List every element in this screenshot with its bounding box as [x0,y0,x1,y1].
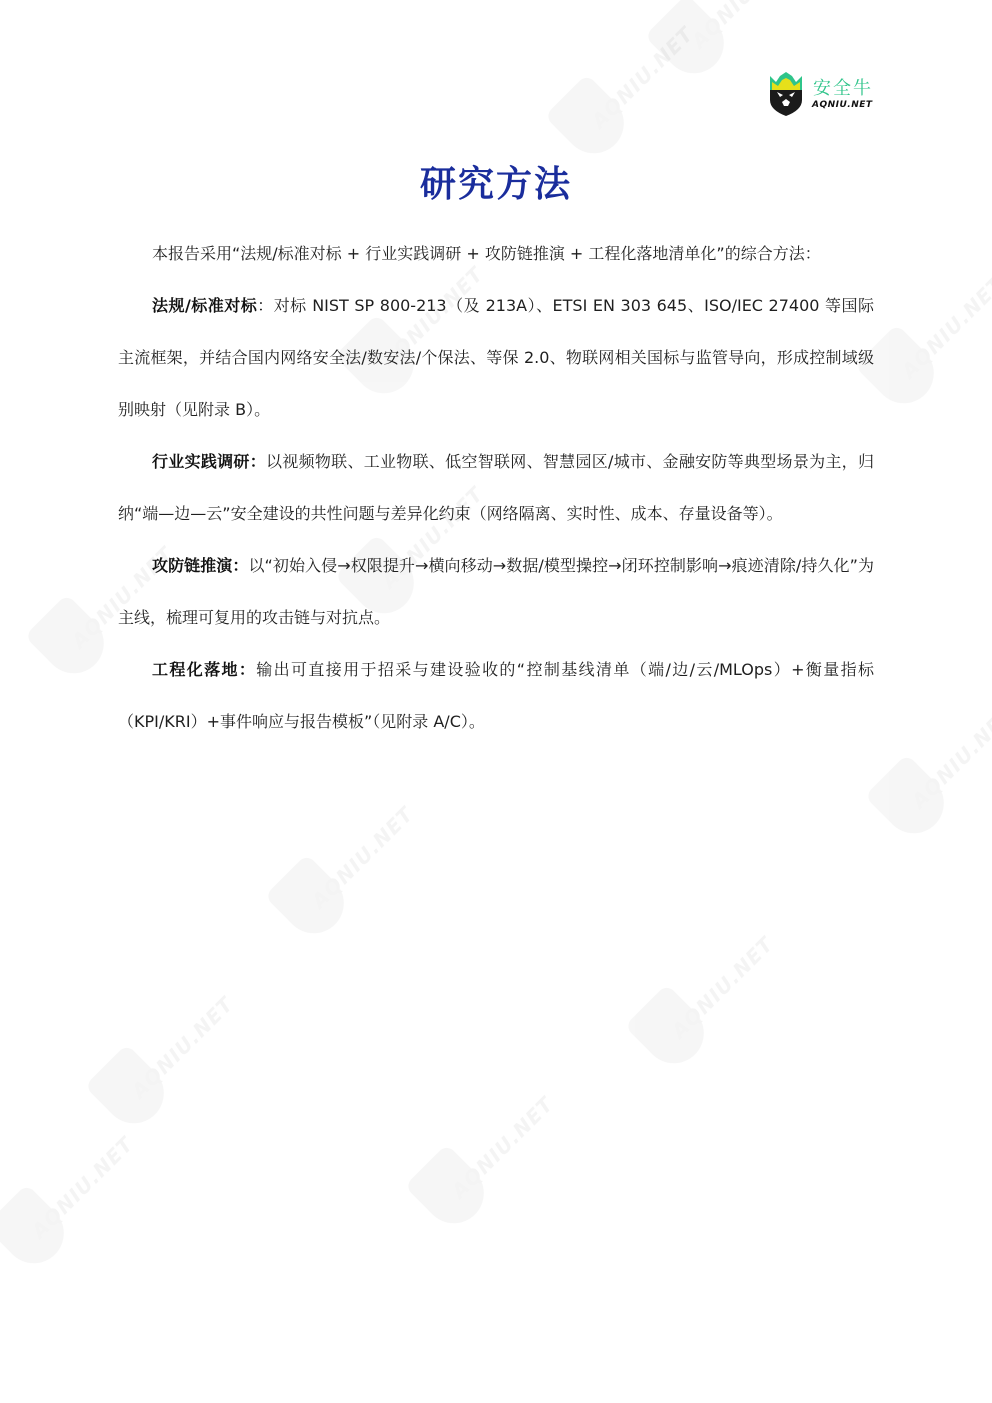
section-paragraph-engineering: 工程化落地：输出可直接用于招采与建设验收的“控制基线清单（端/边/云/MLOps… [118,644,874,748]
section-lead: 工程化落地 [152,660,239,679]
watermark-shield-icon [544,74,636,166]
section-lead: 行业实践调研 [152,452,250,471]
brand-logo: 安全牛 AQNIU.NET [768,70,878,116]
watermark-text: AQNIU.NET [27,1132,138,1243]
section-lead: 法规/标准对标 [152,296,257,315]
watermark-shield-icon [84,1044,176,1136]
watermark: AQNIU.NET [369,1059,581,1271]
document-body: 本报告采用“法规/标准对标 + 行业实践调研 + 攻防链推演 + 工程化落地清单… [118,228,874,748]
watermark-shield-icon [624,984,716,1076]
watermark: AQNIU.NET [0,1099,161,1311]
watermark: AQNIU.NET [229,769,441,981]
intro-paragraph: 本报告采用“法规/标准对标 + 行业实践调研 + 攻防链推演 + 工程化落地清单… [118,228,874,280]
watermark-text: AQNIU.NET [907,702,992,813]
watermark-shield-icon [864,754,956,846]
brand-name-cn: 安全牛 [813,74,873,100]
watermark-shield-icon [0,1184,76,1276]
section-lead: 攻防链推演 [152,556,232,575]
brand-name-en: AQNIU.NET [812,100,873,110]
watermark-text: AQNIU.NET [667,932,778,1043]
watermark: AQNIU.NET [589,899,801,1111]
section-lead-sep: ： [232,556,248,575]
section-paragraph-industry: 行业实践调研：以视频物联、工业物联、低空智联网、智慧园区/城市、金融安防等典型场… [118,436,874,540]
watermark: AQNIU.NET [49,959,261,1171]
section-lead-sep: ： [250,452,266,471]
watermark-text: AQNIU.NET [897,272,992,383]
watermark-text: AQNIU.NET [307,802,418,913]
watermark-text: AQNIU.NET [687,0,798,53]
watermark-text: AQNIU.NET [127,992,238,1103]
watermark-text: AQNIU.NET [587,22,698,133]
section-lead-sep: ： [257,296,273,315]
section-lead-sep: ： [239,660,256,679]
page-title: 研究方法 [0,156,992,207]
watermark-shield-icon [404,1144,496,1236]
section-paragraph-regulation: 法规/标准对标：对标 NIST SP 800-213（及 213A）、ETSI … [118,280,874,436]
watermark-shield-icon [24,594,116,686]
aqniu-warrior-shield-icon [768,70,804,116]
watermark-shield-icon [264,854,356,946]
watermark-shield-icon [644,0,736,86]
section-paragraph-attack-chain: 攻防链推演：以“初始入侵→权限提升→横向移动→数据/模型操控→闭环控制影响→痕迹… [118,540,874,644]
watermark-text: AQNIU.NET [447,1092,558,1203]
